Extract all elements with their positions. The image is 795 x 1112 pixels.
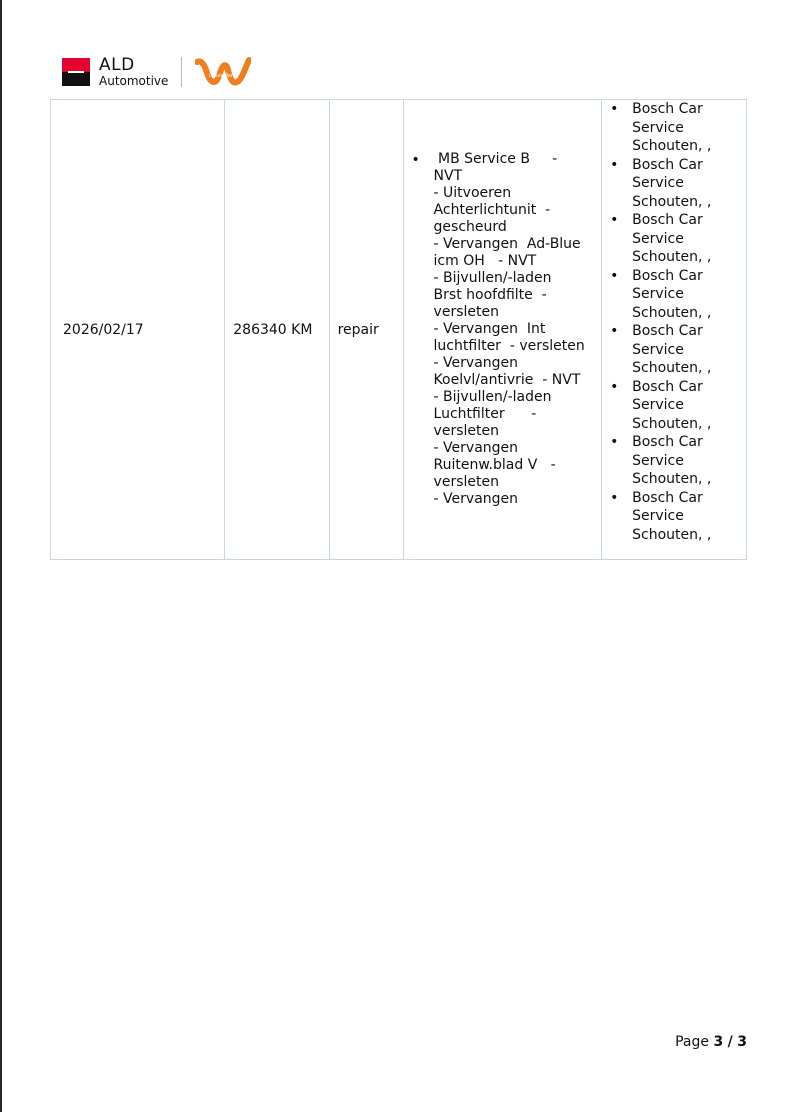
location-item: • Bosch Car Service Schouten, ,: [610, 211, 746, 267]
bullet-icon: •: [412, 151, 420, 169]
svg-text:LeasePlan: LeasePlan: [209, 73, 234, 79]
location-item: • Bosch Car Service Schouten, ,: [610, 100, 746, 156]
description-item: • MB Service B - NVT - Uitvoeren Achterl…: [412, 151, 602, 508]
page-separator: /: [728, 1034, 733, 1050]
page-indicator: Page 3 / 3: [675, 1034, 747, 1050]
description-cell: • MB Service B - NVT - Uitvoeren Achterl…: [403, 100, 602, 560]
location-item: • Bosch Car Service Schouten, ,: [610, 378, 746, 434]
mileage-cell: 286340 KM: [225, 100, 329, 560]
leaseplan-logo-icon: LeasePlan: [195, 56, 251, 88]
logo-divider: [181, 57, 182, 87]
location-item: • Bosch Car Service Schouten, ,: [610, 322, 746, 378]
date-cell: 2026/02/17: [51, 100, 225, 560]
location-text: Bosch Car Service Schouten, ,: [632, 101, 711, 154]
bullet-icon: •: [610, 489, 618, 508]
location-item: • Bosch Car Service Schouten, ,: [610, 433, 746, 489]
location-text: Bosch Car Service Schouten, ,: [632, 434, 711, 487]
bullet-icon: •: [610, 100, 618, 119]
location-text: Bosch Car Service Schouten, ,: [632, 323, 711, 376]
total-pages: 3: [737, 1034, 747, 1050]
bullet-icon: •: [610, 378, 618, 397]
window-edge: [0, 0, 2, 1112]
page-label: Page: [675, 1034, 709, 1050]
maintenance-table: 2026/02/17 286340 KM repair • MB Service…: [50, 99, 747, 560]
location-cell: • Bosch Car Service Schouten, ,• Bosch C…: [602, 100, 747, 560]
location-list: • Bosch Car Service Schouten, ,• Bosch C…: [610, 100, 746, 544]
ald-brand: ALD: [99, 57, 168, 74]
document-header: ALD Automotive LeasePlan: [62, 54, 251, 90]
location-item: • Bosch Car Service Schouten, ,: [610, 489, 746, 545]
bullet-icon: •: [610, 433, 618, 452]
bullet-icon: •: [610, 156, 618, 175]
current-page: 3: [713, 1034, 723, 1050]
location-text: Bosch Car Service Schouten, ,: [632, 212, 711, 265]
location-text: Bosch Car Service Schouten, ,: [632, 490, 711, 543]
bullet-icon: •: [610, 267, 618, 286]
table-row: 2026/02/17 286340 KM repair • MB Service…: [51, 100, 747, 560]
ald-logo-text: ALD Automotive: [99, 57, 168, 87]
location-item: • Bosch Car Service Schouten, ,: [610, 156, 746, 212]
ald-sub: Automotive: [99, 75, 168, 87]
description-text: MB Service B - NVT - Uitvoeren Achterlic…: [434, 151, 602, 508]
bullet-icon: •: [610, 322, 618, 341]
type-cell: repair: [329, 100, 403, 560]
location-text: Bosch Car Service Schouten, ,: [632, 157, 711, 210]
bullet-icon: •: [610, 211, 618, 230]
ald-logo-icon: [62, 58, 90, 86]
location-item: • Bosch Car Service Schouten, ,: [610, 267, 746, 323]
location-text: Bosch Car Service Schouten, ,: [632, 268, 711, 321]
location-text: Bosch Car Service Schouten, ,: [632, 379, 711, 432]
